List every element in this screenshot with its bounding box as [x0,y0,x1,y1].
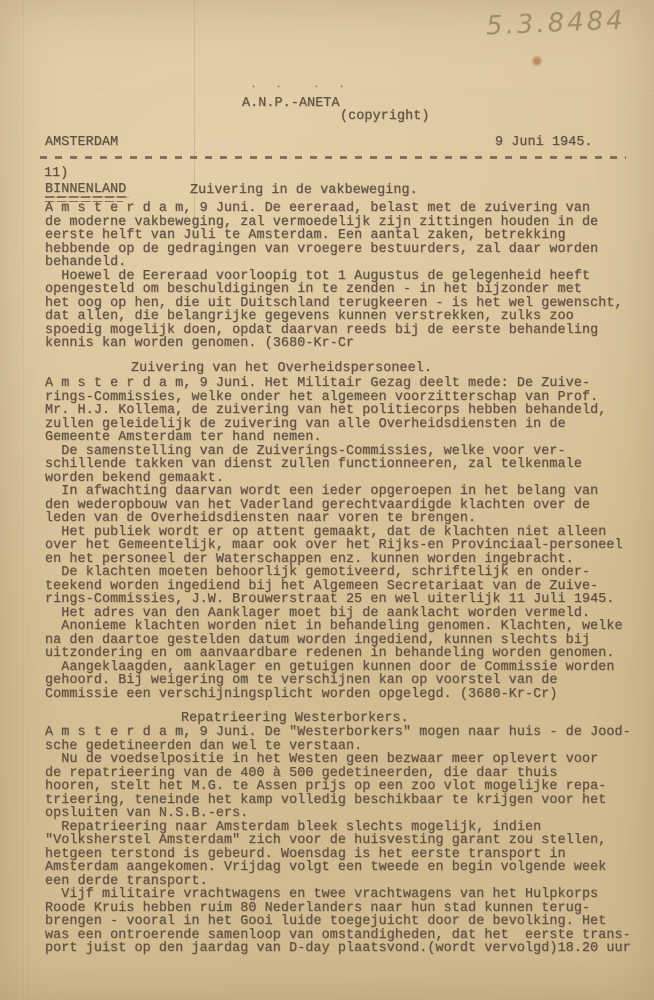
article-body-overheidspersoneel: A m s t e r d a m, 9 Juni. Het Militair … [45,377,645,701]
article-title-vakbeweging: Zuivering in de vakbeweging. [190,184,418,198]
scanned-press-bulletin-page: 5.3.8484 . . . . A.N.P.-ANETA (copyright… [0,0,654,1000]
agency-name: A.N.P.-ANETA [242,97,340,111]
dashed-separator [40,156,626,159]
sheet-number: 11) [44,167,68,181]
dateline-city: AMSTERDAM [45,136,118,150]
article-body-westerborkers: A m s t e r d a m, 9 Juni. De "Westerbor… [45,726,645,956]
article-title-overheidspersoneel: Zuivering van het Overheidspersoneel. [131,362,432,376]
section-label-underline [45,196,129,198]
article-title-westerborkers: Repatrieering Westerborkers. [181,712,409,726]
article-body-vakbeweging: A m s t e r d a m, 9 Juni. De eereraad, … [45,202,645,351]
paper-fold-crease [23,0,25,1000]
dateline-date: 9 Juni 1945. [495,136,593,150]
typed-stray-dots: . . . . [250,79,351,93]
handwritten-archive-number: 5.3.8484 [485,5,646,42]
section-label-binnenland: BINNENLAND [45,183,126,197]
copyright-line: (copyright) [340,110,430,124]
